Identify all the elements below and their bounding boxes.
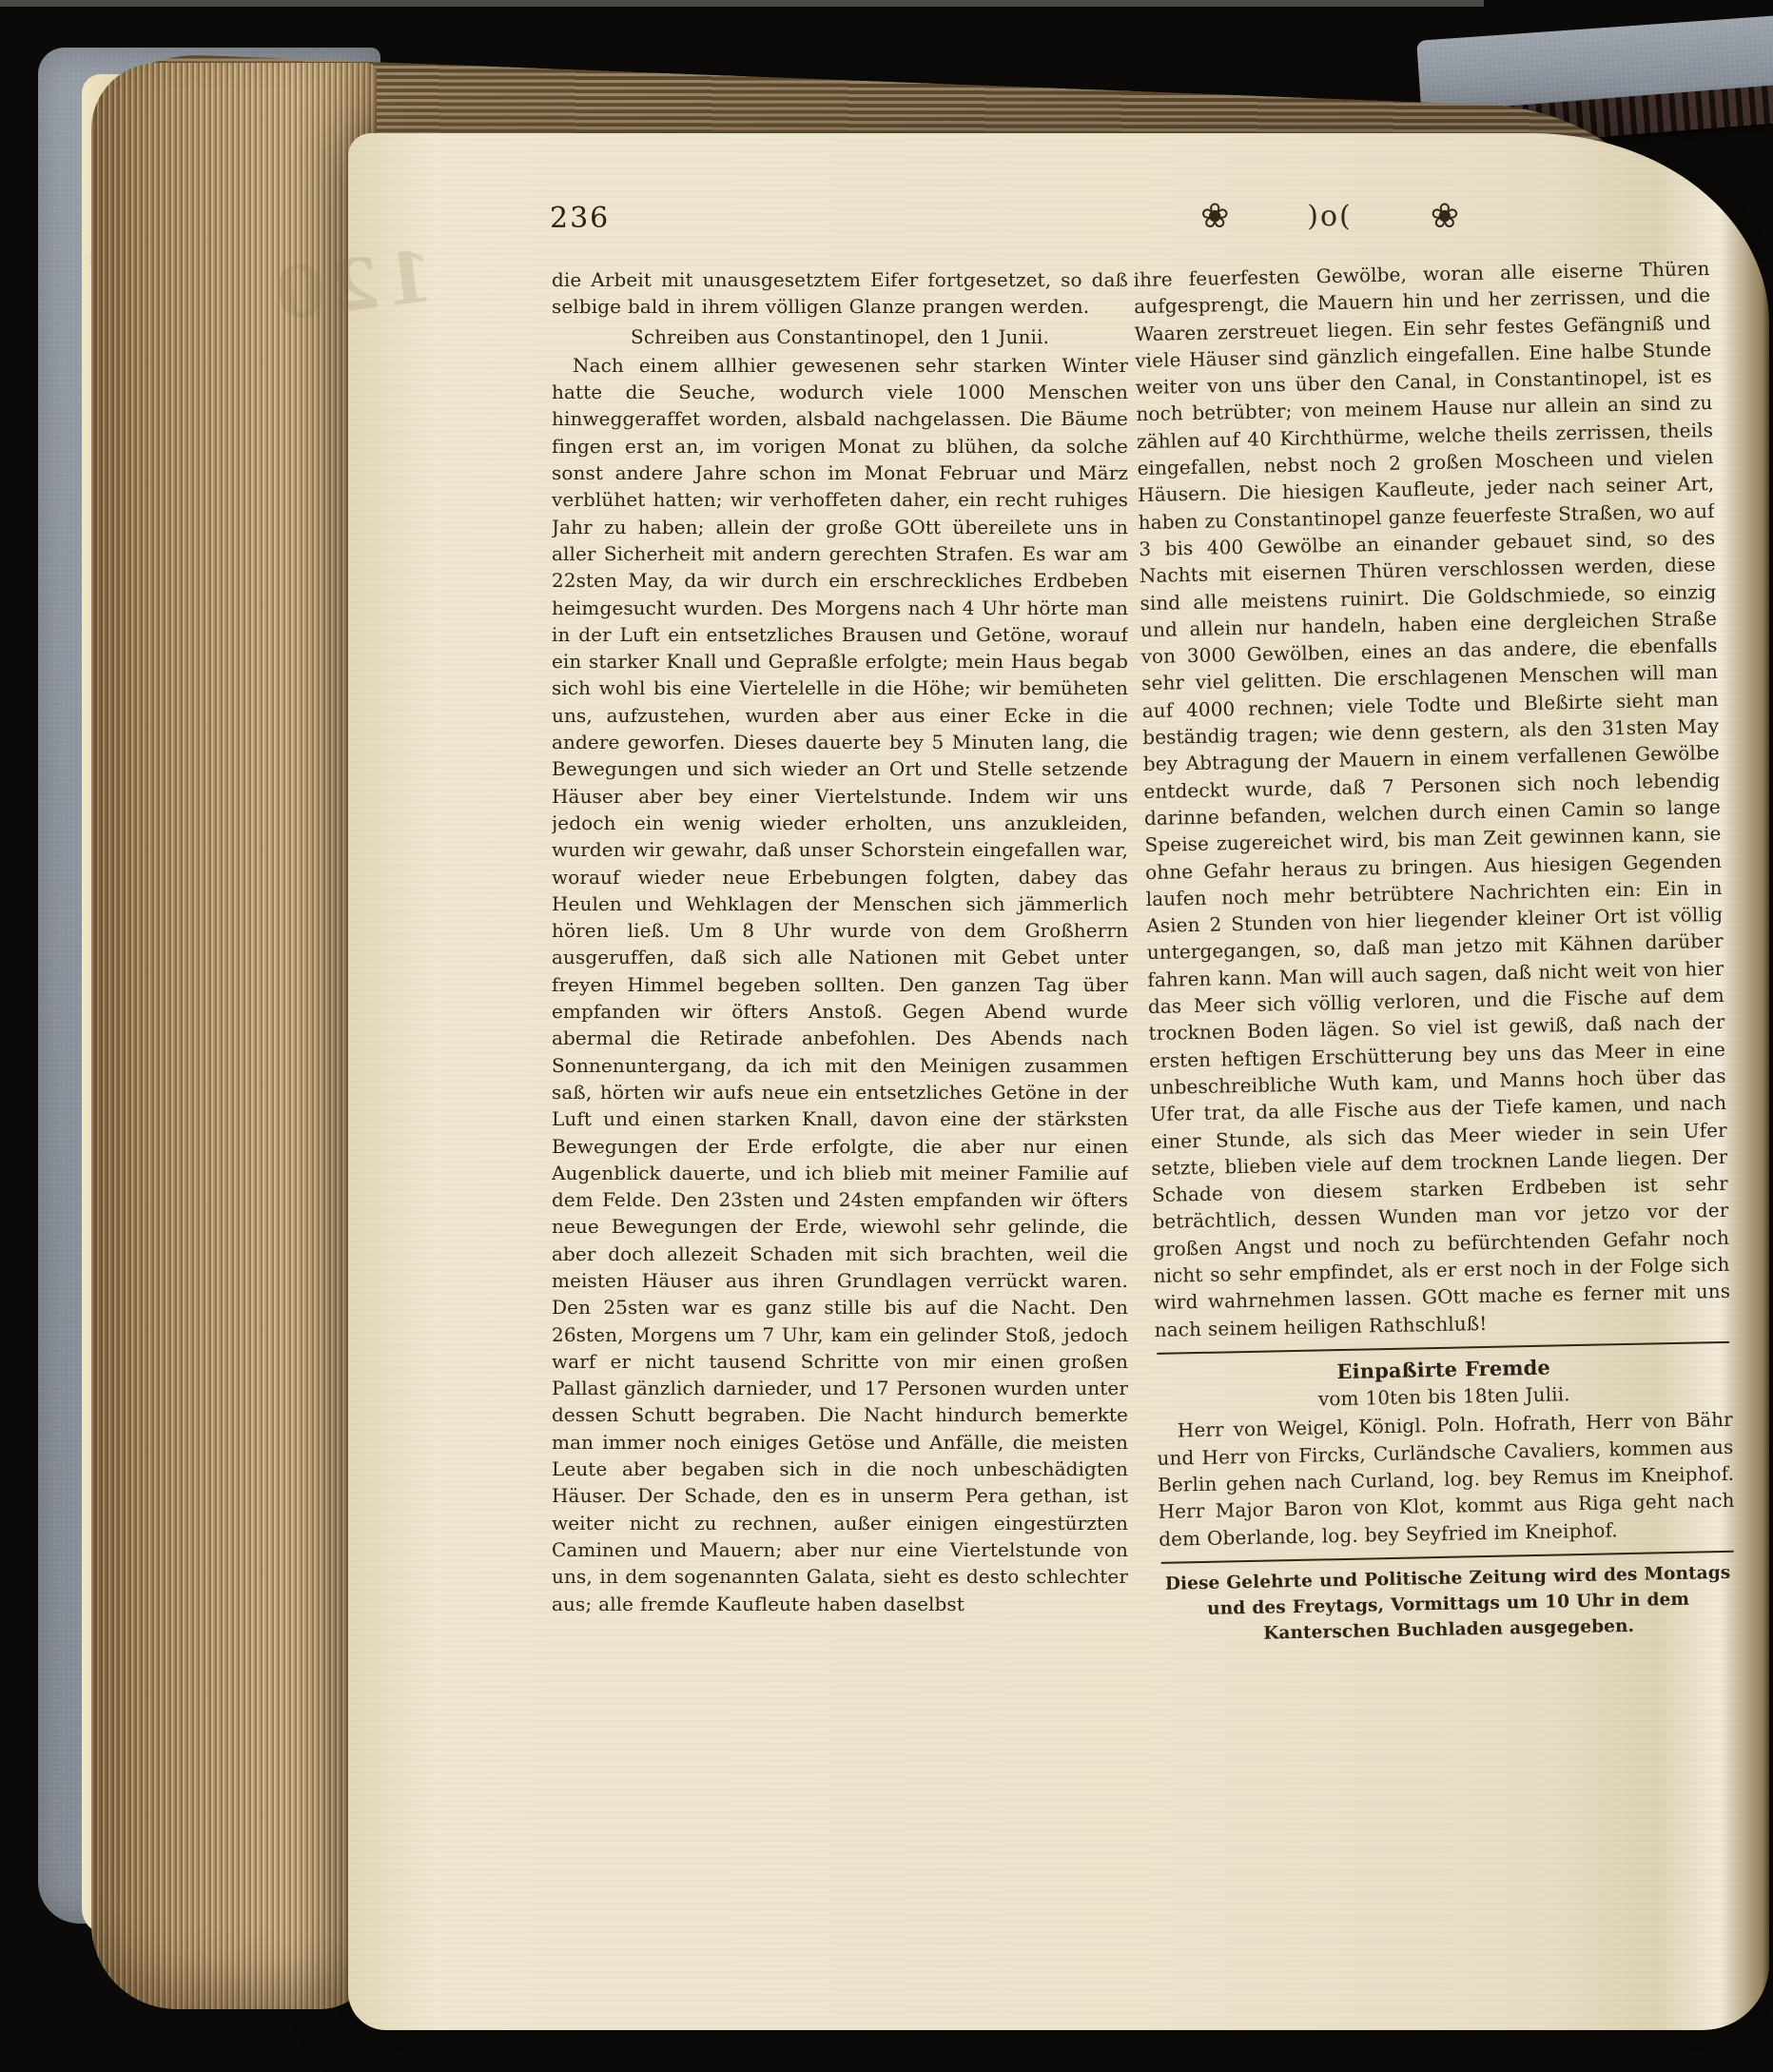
arrivals-paragraph: Herr von Weigel, Königl. Poln. Hofrath, …: [1157, 1406, 1736, 1553]
publisher-imprint: Diese Gelehrte und Politische Zeitung wi…: [1159, 1560, 1738, 1649]
photo-top-edge: [0, 0, 1484, 7]
page-header: 236 ❀ )o( ❀: [550, 198, 1733, 242]
letter-body: Nach einem allhier gewesenen sehr starke…: [552, 352, 1128, 1617]
paragraph-continuation: ihre feuerfesten Gewölbe, woran alle eis…: [1133, 255, 1731, 1343]
right-column: ihre feuerfesten Gewölbe, woran alle eis…: [1133, 255, 1741, 1846]
left-column: die Arbeit mit unausgesetztem Eifer fort…: [552, 266, 1128, 1846]
open-book-page: 120 236 ❀ )o( ❀ die Arbeit mit unausgese…: [348, 133, 1769, 2030]
text-columns: die Arbeit mit unausgesetztem Eifer fort…: [552, 266, 1725, 1846]
book-scan-photo: { "page": { "number": "236", "header": {…: [0, 0, 1773, 2072]
signature-mark: )o(: [1307, 198, 1352, 236]
header-ornaments: ❀ )o( ❀: [1200, 198, 1459, 236]
fan-ornament-icon: ❀: [1200, 198, 1229, 236]
page-number: 236: [550, 202, 610, 235]
page-stack-fore-edge: [91, 63, 377, 2009]
fan-ornament-icon: ❀: [1431, 198, 1459, 236]
letter-heading: Schreiben aus Constantinopel, den 1 Juni…: [552, 323, 1128, 350]
paragraph-continuation: die Arbeit mit unausgesetztem Eifer fort…: [552, 266, 1128, 321]
